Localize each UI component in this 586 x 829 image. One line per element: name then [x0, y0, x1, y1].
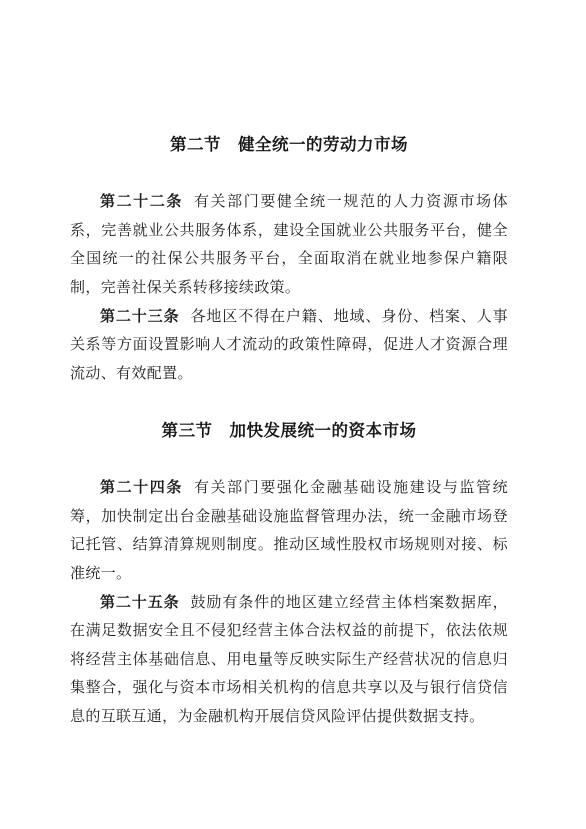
article-number: 第二十四条	[100, 480, 183, 496]
article-paragraph: 第二十三条各地区不得在户籍、地域、身份、档案、人事关系等方面设置影响人才流动的政…	[70, 303, 508, 389]
article-number: 第二十五条	[100, 595, 180, 611]
article-number: 第二十三条	[100, 309, 180, 325]
section-heading-capital-market: 第三节 加快发展统一的资本市场	[70, 417, 508, 446]
document-page: 第二节 健全统一的劳动力市场 第二十二条有关部门要健全统一规范的人力资源市场体系…	[0, 0, 586, 829]
article-paragraph: 第二十四条有关部门要强化金融基础设施建设与监管统筹，加快制定出台金融基础设施监督…	[70, 474, 508, 588]
section-heading-labor-market: 第二节 健全统一的劳动力市场	[70, 131, 508, 160]
article-text: 鼓励有条件的地区建立经营主体档案数据库，在满足数据安全且不侵犯经营主体合法权益的…	[70, 595, 508, 725]
document-content: 第二节 健全统一的劳动力市场 第二十二条有关部门要健全统一规范的人力资源市场体系…	[70, 131, 508, 731]
article-number: 第二十二条	[100, 194, 183, 210]
article-paragraph: 第二十二条有关部门要健全统一规范的人力资源市场体系，完善就业公共服务体系，建设全…	[70, 188, 508, 302]
article-paragraph: 第二十五条鼓励有条件的地区建立经营主体档案数据库，在满足数据安全且不侵犯经营主体…	[70, 589, 508, 732]
